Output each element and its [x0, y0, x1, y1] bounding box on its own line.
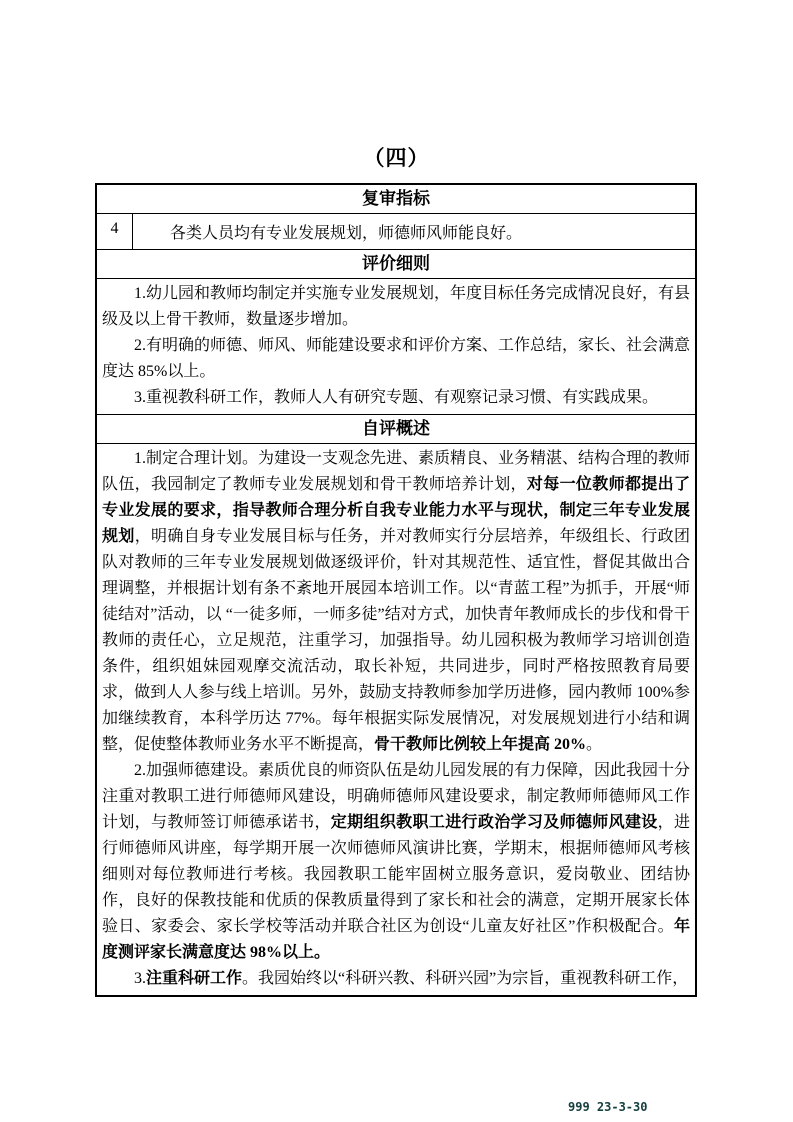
section-header-evaluation-criteria: 评价细则 — [97, 250, 695, 279]
paragraph: 1.制定合理计划。为建设一支观念先进、素质精良、业务精湛、结构合理的教师队伍，我… — [102, 446, 690, 758]
indicator-row: 4 各类人员均有专业发展规划，师德师风师能良好。 — [97, 214, 695, 250]
review-table: 复审指标 4 各类人员均有专业发展规划，师德师风师能良好。 评价细则 1.幼儿园… — [95, 183, 697, 997]
section-header-self-evaluation: 自评概述 — [97, 415, 695, 444]
indicator-text-cell: 各类人员均有专业发展规划，师德师风师能良好。 — [133, 214, 695, 249]
evaluation-criteria-block: 1.幼儿园和教师均制定并实施专业发展规划，年度目标任务完成情况良好，有县级及以上… — [97, 279, 695, 415]
indicator-number-cell: 4 — [97, 214, 133, 249]
self-evaluation-block: 1.制定合理计划。为建设一支观念先进、素质精良、业务精湛、结构合理的教师队伍，我… — [97, 444, 695, 995]
paragraph: 2.有明确的师德、师风、师能建设要求和评价方案、工作总结，家长、社会满意度达 8… — [102, 333, 690, 385]
paragraph: 1.幼儿园和教师均制定并实施专业发展规划，年度目标任务完成情况良好，有县级及以上… — [102, 281, 690, 333]
paragraph: 3.注重科研工作。我园始终以“科研兴教、科研兴园”为宗旨，重视教科研工作， — [102, 966, 690, 992]
paragraph: 3.重视教科研工作，教师人人有研究专题、有观察记录习惯、有实践成果。 — [102, 385, 690, 411]
page-title: （四） — [0, 142, 793, 172]
section-header-review-indicators: 复审指标 — [97, 185, 695, 214]
paragraph: 2.加强师德建设。素质优良的师资队伍是幼儿园发展的有力保障，因此我园十分注重对教… — [102, 758, 690, 966]
timestamp-watermark: 999 23-3-30 — [568, 1100, 647, 1114]
